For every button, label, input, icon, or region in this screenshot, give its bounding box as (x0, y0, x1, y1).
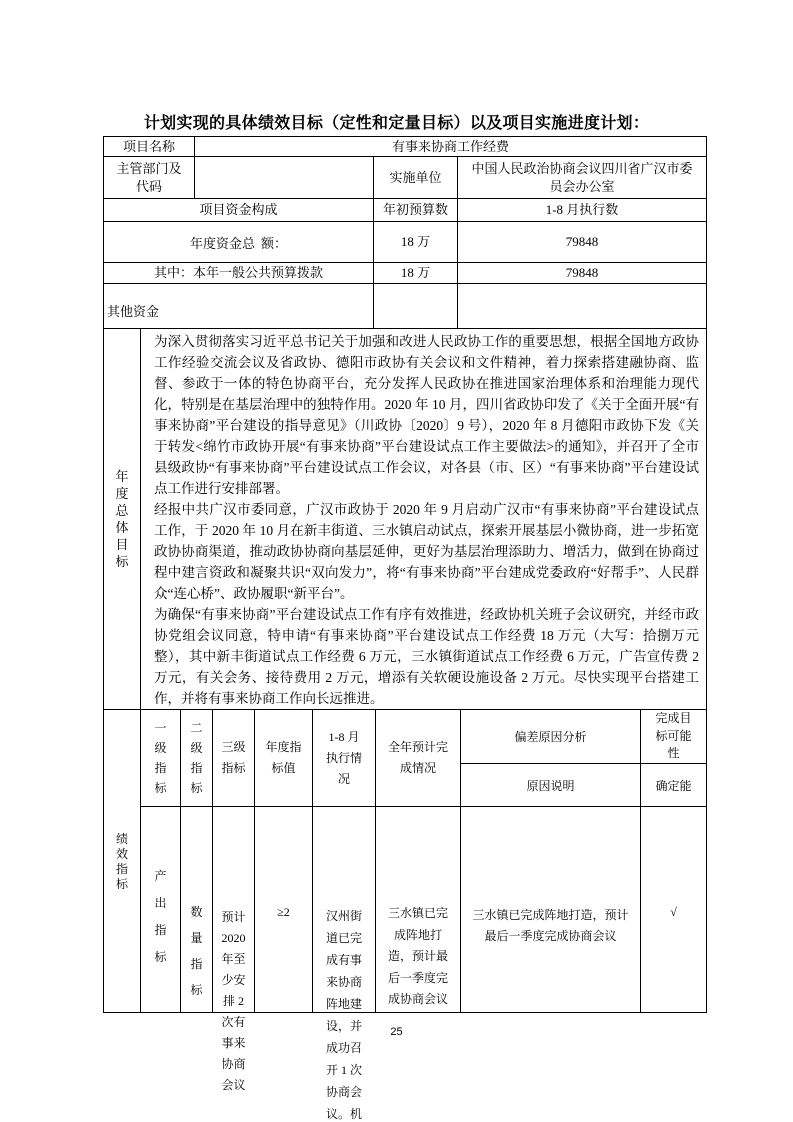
project-name-label: 项目名称 (104, 137, 195, 157)
total-funds-budget: 18 万 (374, 222, 458, 263)
header-level1: 一级指标 (141, 710, 181, 807)
cell-exec-jan-aug: 汉州街道已完成有事来协商阵地建设，并成功召开 1 次协商会议。机 (313, 807, 376, 1013)
other-funds-executed-cell (458, 284, 706, 329)
funding-composition-label: 项目资金构成 (104, 199, 374, 222)
other-funds-label: 其他资金 (104, 284, 374, 329)
total-funds-label-line1: 年度资金总 (190, 235, 258, 253)
cell-level1: 产出指标 (141, 807, 181, 1013)
impl-unit-value: 中国人民政治协商会议四川省广汉市委员会办公室 (458, 157, 706, 199)
header-possibility: 完成目标可能性 (641, 710, 706, 764)
performance-indicators-label: 绩效指标 (116, 832, 129, 892)
header-level2-text: 二级指标 (191, 718, 203, 798)
total-funds-label-line2: 额： (258, 235, 287, 253)
header-level1-text: 一级指标 (154, 718, 168, 798)
total-funds-label: 年度资金总 额： (104, 222, 374, 263)
impl-unit-label: 实施单位 (374, 157, 458, 199)
header-annual-forecast: 全年预计完成情况 (376, 710, 461, 807)
public-budget-label: 其中：本年一般公共预算拨款 (104, 263, 374, 284)
public-budget-budget: 18 万 (374, 263, 458, 284)
header-level2: 二级指标 (181, 710, 213, 807)
other-funds-budget-cell (374, 284, 458, 329)
annual-goal-section: 年度总体目标 为深入贯彻落实习近平总书记关于加强和改进人民政协工作的重要思想，根… (103, 328, 707, 710)
cell-reason-text: 三水镇已完成阵地打造，预计最后一季度完成协商会议 (470, 905, 632, 947)
cell-reason: 三水镇已完成阵地打造，预计最后一季度完成协商会议 (461, 807, 641, 1013)
header-exec-jan-aug: 1-8 月执行情况 (313, 710, 376, 807)
project-info-table: 项目名称 有事来协商工作经费 主管部门及代码 实施单位 中国人民政治协商会议四川… (103, 136, 707, 328)
cell-exec-jan-aug-text: 汉州街道已完成有事来协商阵地建设，并成功召开 1 次协商会议。机 (324, 905, 365, 1122)
cell-possibility-checkmark: √ (641, 807, 706, 1013)
cell-annual-value: ≥2 (255, 807, 313, 1013)
cell-level2: 数量指标 (181, 807, 213, 1013)
public-budget-executed: 79848 (458, 263, 706, 284)
cell-level2-text: 数量指标 (190, 899, 204, 1003)
annual-goal-paragraph: 为深入贯彻落实习近平总书记关于加强和改进人民政协工作的重要思想，根据全国地方政协… (154, 331, 699, 499)
annual-goal-paragraph: 为确保“有事来协商”平台建设试点工作有序有效推进，经政协机关班子会议研究，并经市… (154, 604, 699, 709)
annual-goal-paragraph: 经报中共广汉市委同意，广汉市政协于 2020 年 9 月启动广汉市“有事来协商”… (154, 499, 699, 604)
document-page: 计划实现的具体绩效目标（定性和定量目标）以及项目实施进度计划： 项目名称 有事来… (0, 0, 793, 1122)
project-name-value: 有事来协商工作经费 (195, 137, 706, 157)
annual-goal-text: 为深入贯彻落实习近平总书记关于加强和改进人民政协工作的重要思想，根据全国地方政协… (141, 328, 706, 710)
performance-indicators-label-cell: 绩效指标 (104, 710, 141, 1013)
header-certainty: 确定能 (641, 764, 706, 807)
dept-label: 主管部门及代码 (104, 157, 195, 199)
cell-level3: 预计 2020 年至少安排 2 次有事来协商会议 (213, 807, 255, 1013)
indicators-table: 绩效指标 一级指标 二级指标 三级指标 年度指标值 1-8 月执行情况 全年预计… (103, 710, 707, 1013)
cell-annual-forecast: 三水镇已完成阵地打造，预计最后一季度完成协商会议 (376, 807, 461, 1013)
page-number: 25 (0, 1026, 793, 1038)
document-title: 计划实现的具体绩效目标（定性和定量目标）以及项目实施进度计划： (0, 110, 793, 133)
cell-level1-text: 产出指标 (154, 863, 168, 971)
header-deviation-analysis: 偏差原因分析 (461, 710, 641, 764)
annual-goal-label-cell: 年度总体目标 (104, 328, 141, 710)
header-annual-value: 年度指标值 (255, 710, 313, 807)
executed-header: 1-8 月执行数 (458, 199, 706, 222)
cell-level3-text: 预计 2020 年至少安排 2 次有事来协商会议 (221, 907, 247, 1096)
annual-goal-label: 年度总体目标 (115, 468, 129, 570)
total-funds-executed: 79848 (458, 222, 706, 263)
initial-budget-header: 年初预算数 (374, 199, 458, 222)
cell-annual-forecast-text: 三水镇已完成阵地打造，预计最后一季度完成协商会议 (387, 903, 450, 1011)
dept-code-cell (195, 157, 374, 199)
header-reason: 原因说明 (461, 764, 641, 807)
header-level3: 三级指标 (213, 710, 255, 807)
